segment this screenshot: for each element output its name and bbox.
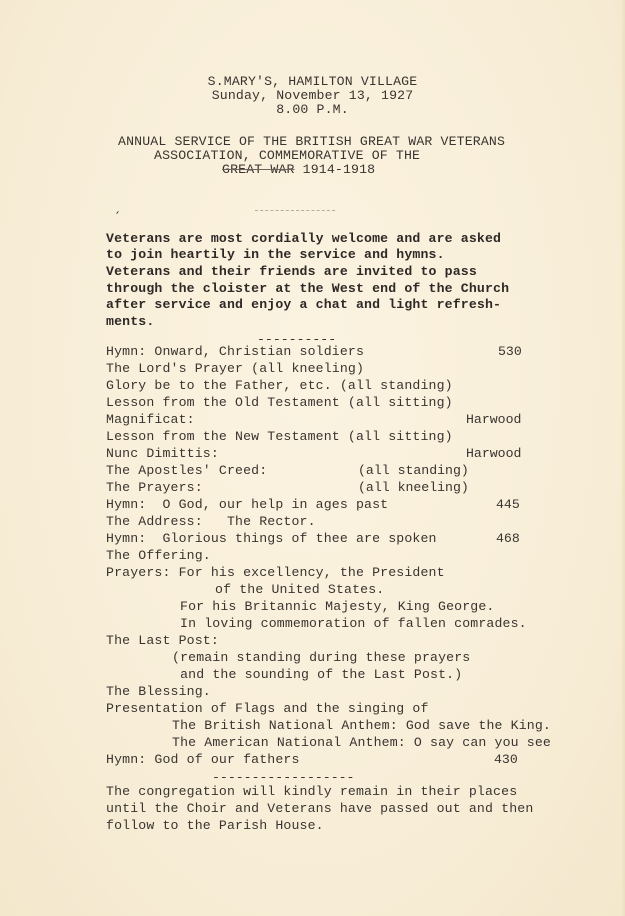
hymn-number: 530 xyxy=(498,344,522,360)
intro-line: through the cloister at the West end of … xyxy=(106,281,509,297)
service-item: Lesson from the New Testament (all sitti… xyxy=(106,429,453,445)
closing-line: until the Choir and Veterans have passed… xyxy=(106,801,533,817)
service-item: Presentation of Flags and the singing of xyxy=(106,701,429,717)
intro-line: Veterans are most cordially welcome and … xyxy=(106,231,501,247)
intro-line: to join heartily in the service and hymn… xyxy=(106,247,445,263)
service-item: Hymn: God of our fathers xyxy=(106,752,300,768)
service-item: and the sounding of the Last Post.) xyxy=(172,667,462,683)
hymn-number: 430 xyxy=(494,752,518,768)
hymn-number: 445 xyxy=(496,497,520,513)
service-item: The Prayers: xyxy=(106,480,203,496)
service-item: The American National Anthem: O say can … xyxy=(172,735,551,751)
service-item: Glory be to the Father, etc. (all standi… xyxy=(106,378,453,394)
service-item: of the United States. xyxy=(215,582,384,598)
pen-mark xyxy=(116,211,119,214)
intro-line: ments. xyxy=(106,314,154,330)
hymn-number: 468 xyxy=(496,531,520,547)
service-item: The Apostles' Creed: xyxy=(106,463,267,479)
service-item: Magnificat: xyxy=(106,412,195,428)
service-item: In loving commemoration of fallen comrad… xyxy=(180,616,527,632)
service-item: (remain standing during these prayers xyxy=(172,650,470,666)
service-item: Hymn: O God, our help in ages past xyxy=(106,497,388,513)
service-item: The Offering. xyxy=(106,548,211,564)
struck-text: GREAT WAR xyxy=(222,162,295,177)
service-item: Prayers: For his excellency, the Preside… xyxy=(106,565,445,581)
service-item: The Blessing. xyxy=(106,684,211,700)
composer: Harwood xyxy=(466,446,521,462)
service-item: Lesson from the Old Testament (all sitti… xyxy=(106,395,453,411)
closing-line: follow to the Parish House. xyxy=(106,818,324,834)
title-years: 1914-1918 xyxy=(295,162,376,177)
composer: Harwood xyxy=(466,412,521,428)
service-item: Hymn: Glorious things of thee are spoken xyxy=(106,531,437,547)
service-item: The Lord's Prayer (all kneeling) xyxy=(106,361,364,377)
service-item: Nunc Dimittis: xyxy=(106,446,219,462)
faint-divider xyxy=(255,210,335,213)
title-line-3: GREAT WAR 1914-1918 xyxy=(222,162,375,178)
service-time: 8.00 P.M. xyxy=(0,102,625,118)
program-page: S.MARY'S, HAMILTON VILLAGE Sunday, Novem… xyxy=(0,0,625,916)
service-item: The Last Post: xyxy=(106,633,219,649)
intro-line: after service and enjoy a chat and light… xyxy=(106,297,501,313)
posture-note: (all kneeling) xyxy=(358,480,469,496)
divider-long: ------------------ xyxy=(212,770,354,785)
service-item: For his Britannic Majesty, King George. xyxy=(180,599,495,615)
service-item: Hymn: Onward, Christian soldiers xyxy=(106,344,364,360)
service-item: The British National Anthem: God save th… xyxy=(172,718,551,734)
closing-line: The congregation will kindly remain in t… xyxy=(106,784,517,800)
service-item: The Address: The Rector. xyxy=(106,514,316,530)
intro-line: Veterans and their friends are invited t… xyxy=(106,264,477,280)
posture-note: (all standing) xyxy=(358,463,469,479)
